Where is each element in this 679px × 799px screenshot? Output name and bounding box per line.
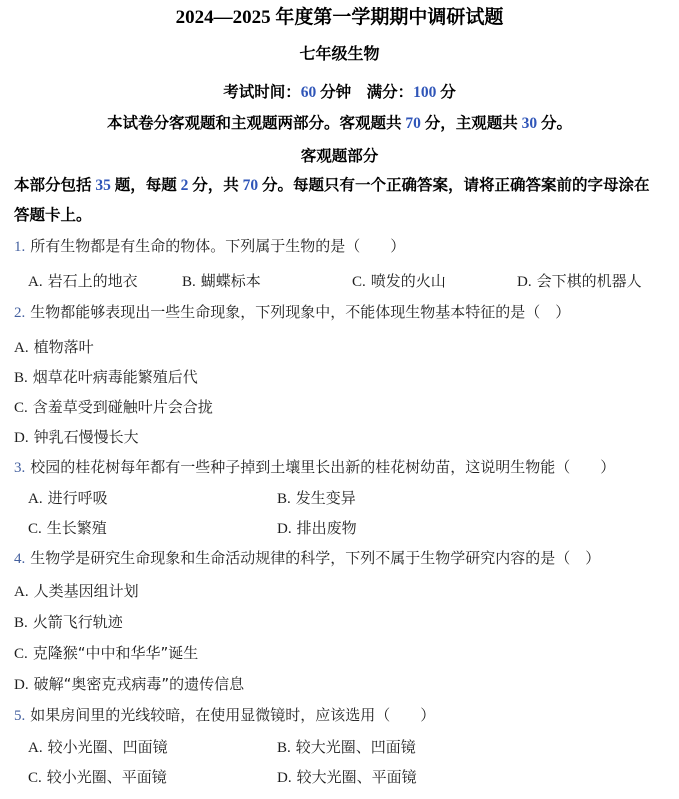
option-text: 喷发的火山 <box>371 272 446 290</box>
question-3: 3.校园的桂花树每年都有一些种子掉到土壤里长出新的桂花树幼苗，这说明生物能（ ） <box>14 457 671 478</box>
option-text: 克隆猴“中中和华华”诞生 <box>33 644 199 662</box>
structure-note-text-2: 分，主观题共 <box>421 115 522 132</box>
option-letter: C. <box>28 521 42 537</box>
question-2-option-c: C.含羞草受到碰触叶片会合拢 <box>14 397 671 418</box>
question-1-option-a: A.岩石上的地衣 <box>28 271 138 292</box>
page-subtitle: 七年级生物 <box>0 45 679 65</box>
question-5-option-d: D.较大光圈、平面镜 <box>277 767 417 788</box>
exam-fullscore-label: 分钟 满分： <box>316 84 413 101</box>
option-letter: C. <box>352 274 366 290</box>
option-letter: C. <box>14 400 28 416</box>
question-5-option-b: B.较大光圈、凹面镜 <box>277 737 416 758</box>
question-4-option-d: D.破解“奥密克戎病毒”的遗传信息 <box>14 674 671 695</box>
option-text: 人类基因组计划 <box>34 582 139 600</box>
option-letter: B. <box>182 274 196 290</box>
question-5-number: 5. <box>14 708 25 724</box>
option-letter: A. <box>28 491 43 507</box>
option-text: 破解“奥密克戎病毒”的遗传信息 <box>34 675 245 693</box>
question-4: 4.生物学是研究生命现象和生命活动规律的科学，下列不属于生物学研究内容的是（ ） <box>14 548 671 569</box>
structure-note-line: 本试卷分客观题和主观题两部分。客观题共 70 分，主观题共 30 分。 <box>0 114 679 134</box>
question-4-text: 生物学是研究生命现象和生命活动规律的科学，下列不属于生物学研究内容的是（ ） <box>30 549 600 567</box>
option-letter: D. <box>277 770 292 786</box>
question-1-option-d: D.会下棋的机器人 <box>517 271 642 292</box>
structure-note-text-3: 分。 <box>537 115 572 132</box>
question-2-option-a: A.植物落叶 <box>14 337 671 358</box>
question-3-number: 3. <box>14 460 25 476</box>
option-text: 较小光圈、平面镜 <box>47 768 167 786</box>
question-3-option-a: A.进行呼吸 <box>28 488 108 509</box>
question-4-option-c: C.克隆猴“中中和华华”诞生 <box>14 643 671 664</box>
section-instructions-line2: 答题卡上。 <box>14 206 671 226</box>
instructions-text-2: 题，每题 <box>111 177 181 194</box>
question-5: 5.如果房间里的光线较暗，在使用显微镜时，应该选用（ ） <box>14 705 671 726</box>
question-2: 2.生物都能够表现出一些生命现象，下列现象中，不能体现生物基本特征的是（ ） <box>14 302 671 323</box>
question-2-text: 生物都能够表现出一些生命现象，下列现象中，不能体现生物基本特征的是（ ） <box>30 303 570 321</box>
question-5-option-a: A.较小光圈、凹面镜 <box>28 737 168 758</box>
option-letter: C. <box>14 646 28 662</box>
objective-score: 70 <box>405 115 421 132</box>
question-3-text: 校园的桂花树每年都有一些种子掉到土壤里长出新的桂花树幼苗，这说明生物能（ ） <box>30 458 615 476</box>
section-instructions-line1: 本部分包括 35 题，每题 2 分，共 70 分。每题只有一个正确答案，请将正确… <box>14 176 671 196</box>
option-text: 含羞草受到碰触叶片会合拢 <box>33 398 213 416</box>
option-text: 较小光圈、凹面镜 <box>48 738 168 756</box>
option-text: 烟草花叶病毒能繁殖后代 <box>33 368 198 386</box>
question-2-number: 2. <box>14 305 25 321</box>
section-title: 客观题部分 <box>0 147 679 167</box>
option-text: 火箭飞行轨迹 <box>33 613 123 631</box>
question-4-number: 4. <box>14 551 25 567</box>
option-letter: B. <box>277 740 291 756</box>
question-4-option-a: A.人类基因组计划 <box>14 581 671 602</box>
option-text: 会下棋的机器人 <box>537 272 642 290</box>
exam-time-value: 60 <box>301 84 317 101</box>
section-total-points: 70 <box>243 177 259 194</box>
exam-fullscore-value: 100 <box>413 84 436 101</box>
option-text: 生长繁殖 <box>47 519 107 537</box>
exam-score-unit: 分 <box>436 84 455 101</box>
question-1-option-c: C.喷发的火山 <box>352 271 446 292</box>
option-letter: D. <box>277 521 292 537</box>
option-letter: A. <box>14 340 29 356</box>
option-text: 植物落叶 <box>34 338 94 356</box>
instructions-text-1: 本部分包括 <box>14 177 95 194</box>
option-letter: A. <box>14 584 29 600</box>
question-1-option-b: B.蝴蝶标本 <box>182 271 261 292</box>
question-3-option-d: D.排出废物 <box>277 518 357 539</box>
option-text: 蝴蝶标本 <box>201 272 261 290</box>
option-text: 钟乳石慢慢长大 <box>34 428 139 446</box>
option-letter: C. <box>28 770 42 786</box>
question-2-option-b: B.烟草花叶病毒能繁殖后代 <box>14 367 671 388</box>
question-count: 35 <box>95 177 111 194</box>
question-5-option-c: C.较小光圈、平面镜 <box>28 767 167 788</box>
page-title: 2024—2025 年度第一学期期中调研试题 <box>0 6 679 30</box>
exam-info-line: 考试时间：60 分钟 满分：100 分 <box>0 83 679 103</box>
question-1-number: 1. <box>14 239 25 255</box>
instructions-text-4: 分。每题只有一个正确答案，请将正确答案前的字母涂在 <box>258 177 649 194</box>
question-1-text: 所有生物都是有生命的物体。下列属于生物的是（ ） <box>30 237 405 255</box>
instructions-text-3: 分，共 <box>188 177 242 194</box>
option-letter: B. <box>14 370 28 386</box>
question-1: 1.所有生物都是有生命的物体。下列属于生物的是（ ） <box>14 236 671 257</box>
option-letter: D. <box>14 430 29 446</box>
option-letter: D. <box>517 274 532 290</box>
exam-time-label: 考试时间： <box>223 84 301 101</box>
option-text: 排出废物 <box>297 519 357 537</box>
subjective-score: 30 <box>522 115 538 132</box>
question-5-text: 如果房间里的光线较暗，在使用显微镜时，应该选用（ ） <box>30 706 435 724</box>
question-3-option-b: B.发生变异 <box>277 488 356 509</box>
option-text: 发生变异 <box>296 489 356 507</box>
exam-paper-page: 2024—2025 年度第一学期期中调研试题 七年级生物 考试时间：60 分钟 … <box>0 0 679 799</box>
option-text: 较大光圈、平面镜 <box>297 768 417 786</box>
option-text: 岩石上的地衣 <box>48 272 138 290</box>
option-text: 较大光圈、凹面镜 <box>296 738 416 756</box>
option-letter: A. <box>28 274 43 290</box>
question-3-option-c: C.生长繁殖 <box>28 518 107 539</box>
option-letter: A. <box>28 740 43 756</box>
question-4-option-b: B.火箭飞行轨迹 <box>14 612 671 633</box>
option-text: 进行呼吸 <box>48 489 108 507</box>
structure-note-text-1: 本试卷分客观题和主观题两部分。客观题共 <box>107 115 405 132</box>
option-letter: B. <box>277 491 291 507</box>
question-2-option-d: D.钟乳石慢慢长大 <box>14 427 671 448</box>
option-letter: B. <box>14 615 28 631</box>
option-letter: D. <box>14 677 29 693</box>
